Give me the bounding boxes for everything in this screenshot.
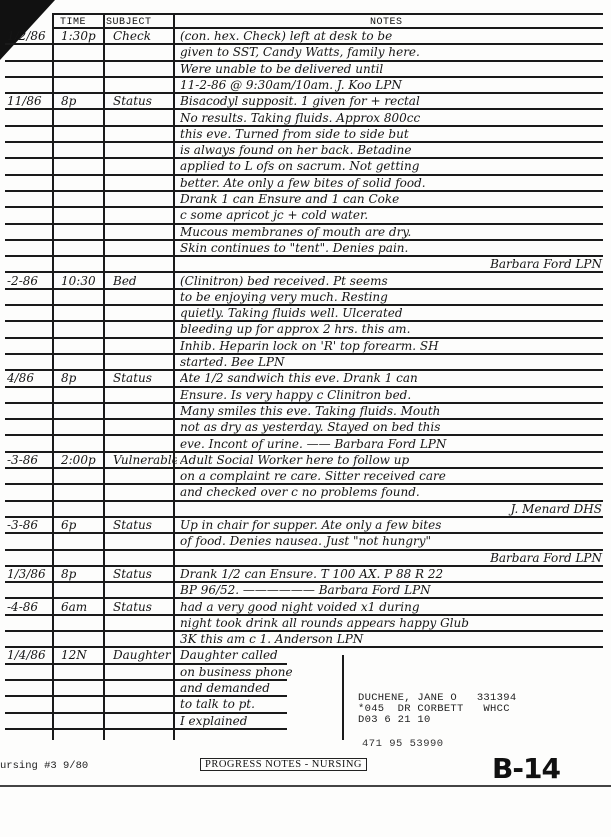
note-cell: applied to L ofs on sacrum. Not getting	[180, 159, 602, 173]
table-row: to be enjoying very much. Resting	[5, 290, 603, 306]
note-cell: not as dry as yesterday. Stayed on bed t…	[180, 420, 602, 434]
table-row: eve. Incont of urine. —— Barbara Ford LP…	[5, 437, 603, 453]
table-row: given to SST, Candy Watts, family here.	[5, 45, 603, 61]
column-header-time: TIME	[60, 17, 86, 28]
note-cell: J. Menard DHS	[180, 502, 608, 516]
note-cell: Were unable to be delivered until	[180, 62, 602, 76]
note-cell: Barbara Ford LPN	[180, 551, 608, 565]
table-row: 4/868pStatusAte 1/2 sandwich this eve. D…	[5, 371, 603, 387]
note-cell: is always found on her back. Betadine	[180, 143, 602, 157]
note-cell: (Clinitron) bed received. Pt seems	[180, 274, 602, 288]
table-row: J. Menard DHS	[5, 502, 603, 518]
note-cell: quietly. Taking fluids well. Ulcerated	[180, 306, 602, 320]
note-cell: and checked over c no problems found.	[180, 485, 602, 499]
note-cell: on a complaint re care. Sitter received …	[180, 469, 602, 483]
note-cell: of food. Denies nausea. Just "not hungry…	[180, 534, 602, 548]
table-row: this eve. Turned from side to side but	[5, 127, 603, 143]
note-cell: night took drink all rounds appears happ…	[180, 616, 602, 630]
date-cell: 1/2/86	[7, 29, 55, 43]
table-row: Drank 1 can Ensure and 1 can Coke	[5, 192, 603, 208]
table-row: to talk to pt.	[5, 697, 287, 713]
time-cell: 8p	[61, 94, 109, 108]
note-cell: bleeding up for approx 2 hrs. this am.	[180, 322, 602, 336]
date-cell: -2-86	[7, 274, 55, 288]
note-cell: started. Bee LPN	[180, 355, 602, 369]
time-cell: 1:30p	[61, 29, 109, 43]
table-row: 11-2-86 @ 9:30am/10am. J. Koo LPN	[5, 78, 603, 94]
table-row: c some apricot jc + cold water.	[5, 208, 603, 224]
table-row: applied to L ofs on sacrum. Not getting	[5, 159, 603, 175]
table-row: of food. Denies nausea. Just "not hungry…	[5, 534, 603, 550]
note-cell: Drank 1/2 can Ensure. T 100 AX. P 88 R 2…	[180, 567, 602, 581]
note-cell: BP 96/52. —————— Barbara Ford LPN	[180, 583, 602, 597]
note-cell: Drank 1 can Ensure and 1 can Coke	[180, 192, 602, 206]
table-row: started. Bee LPN	[5, 355, 603, 371]
column-header-notes: NOTES	[370, 17, 403, 28]
table-row: is always found on her back. Betadine	[5, 143, 603, 159]
page-bottom-rule	[0, 785, 611, 787]
note-cell: Skin continues to "tent". Denies pain.	[180, 241, 602, 255]
note-cell: Barbara Ford LPN	[180, 257, 608, 271]
note-cell: 3K this am c 1. Anderson LPN	[180, 632, 602, 646]
date-cell: 1/4/86	[7, 648, 55, 662]
page-number: B-14	[492, 752, 560, 785]
date-cell: 4/86	[7, 371, 55, 385]
table-row: Barbara Ford LPN	[5, 257, 603, 273]
date-cell: -4-86	[7, 600, 55, 614]
subject-cell: Status	[113, 518, 177, 532]
note-cell: given to SST, Candy Watts, family here.	[180, 45, 602, 59]
note-cell: Inhib. Heparin lock on 'R' top forearm. …	[180, 339, 602, 353]
note-cell: No results. Taking fluids. Approx 800cc	[180, 111, 602, 125]
subject-cell: Status	[113, 567, 177, 581]
note-cell: Ensure. Is very happy c Clinitron bed.	[180, 388, 602, 402]
table-row: 1/3/868pStatusDrank 1/2 can Ensure. T 10…	[5, 567, 603, 583]
table-row: -3-862:00pVulnerableAdult Social Worker …	[5, 453, 603, 469]
note-cell: Mucous membranes of mouth are dry.	[180, 225, 602, 239]
time-cell: 2:00p	[61, 453, 109, 467]
table-row: Skin continues to "tent". Denies pain.	[5, 241, 603, 257]
table-row: 1/2/861:30pCheck(con. hex. Check) left a…	[5, 29, 603, 45]
note-cell: 11-2-86 @ 9:30am/10am. J. Koo LPN	[180, 78, 602, 92]
column-header-subject: SUBJECT	[106, 17, 152, 28]
form-id: ursing #3 9/80	[0, 760, 88, 772]
date-cell: 1/3/86	[7, 567, 55, 581]
note-cell: had a very good night voided x1 during	[180, 600, 602, 614]
progress-notes-page: TIME SUBJECT NOTES 1/2/861:30pCheck(con.…	[0, 0, 611, 837]
subject-cell: Daughter	[113, 648, 177, 662]
note-cell: Ate 1/2 sandwich this eve. Drank 1 can	[180, 371, 602, 385]
time-cell: 8p	[61, 371, 109, 385]
note-cell: Bisacodyl supposit. 1 given for + rectal	[180, 94, 602, 108]
patient-id-stamp: DUCHENE, JANE O 331394*045 DR CORBETT WH…	[358, 693, 516, 726]
table-row: Ensure. Is very happy c Clinitron bed.	[5, 388, 603, 404]
table-row: 3K this am c 1. Anderson LPN	[5, 632, 603, 648]
table-row: bleeding up for approx 2 hrs. this am.	[5, 322, 603, 338]
table-row: Barbara Ford LPN	[5, 551, 603, 567]
table-row: -4-866amStatushad a very good night void…	[5, 600, 603, 616]
time-cell: 6am	[61, 600, 109, 614]
table-row: night took drink all rounds appears happ…	[5, 616, 603, 632]
header-top-rule	[52, 13, 603, 15]
note-cell: this eve. Turned from side to side but	[180, 127, 602, 141]
subject-cell: Status	[113, 94, 177, 108]
note-cell: Many smiles this eve. Taking fluids. Mou…	[180, 404, 602, 418]
table-row: better. Ate only a few bites of solid fo…	[5, 176, 603, 192]
table-row: not as dry as yesterday. Stayed on bed t…	[5, 420, 603, 436]
table-row: Many smiles this eve. Taking fluids. Mou…	[5, 404, 603, 420]
time-cell: 10:30	[61, 274, 109, 288]
note-cell: Daughter called	[180, 648, 602, 662]
table-row: I explained	[5, 714, 287, 730]
time-cell: 6p	[61, 518, 109, 532]
note-cell: Adult Social Worker here to follow up	[180, 453, 602, 467]
time-cell: 12N	[61, 648, 109, 662]
stamp-line-3: D03 6 21 10	[358, 715, 516, 726]
date-cell: 11/86	[7, 94, 55, 108]
table-row: Inhib. Heparin lock on 'R' top forearm. …	[5, 339, 603, 355]
note-cell: c some apricot jc + cold water.	[180, 208, 602, 222]
table-row: 1/4/8612NDaughterDaughter called	[5, 648, 287, 664]
table-row: on a complaint re care. Sitter received …	[5, 469, 603, 485]
table-row: and checked over c no problems found.	[5, 485, 603, 501]
subject-cell: Bed	[113, 274, 177, 288]
note-cell: (con. hex. Check) left at desk to be	[180, 29, 602, 43]
table-row: BP 96/52. —————— Barbara Ford LPN	[5, 583, 603, 599]
subject-cell: Status	[113, 371, 177, 385]
table-row: -3-866pStatusUp in chair for supper. Ate…	[5, 518, 603, 534]
table-row: on business phone	[5, 665, 287, 681]
table-row: quietly. Taking fluids well. Ulcerated	[5, 306, 603, 322]
table-row: -2-8610:30Bed(Clinitron) bed received. P…	[5, 274, 603, 290]
patient-account-number: 471 95 53990	[362, 738, 444, 750]
subject-cell: Status	[113, 600, 177, 614]
form-title: PROGRESS NOTES - NURSING	[200, 758, 367, 771]
note-cell: on business phone	[180, 665, 602, 679]
date-cell: -3-86	[7, 518, 55, 532]
note-cell: to be enjoying very much. Resting	[180, 290, 602, 304]
table-row: 11/868pStatusBisacodyl supposit. 1 given…	[5, 94, 603, 110]
table-row: and demanded	[5, 681, 287, 697]
table-row: Mucous membranes of mouth are dry.	[5, 225, 603, 241]
note-cell: better. Ate only a few bites of solid fo…	[180, 176, 602, 190]
note-cell: eve. Incont of urine. —— Barbara Ford LP…	[180, 437, 602, 451]
time-cell: 8p	[61, 567, 109, 581]
subject-cell: Vulnerable	[113, 453, 177, 467]
table-row: No results. Taking fluids. Approx 800cc	[5, 111, 603, 127]
subject-cell: Check	[113, 29, 177, 43]
note-cell: Up in chair for supper. Ate only a few b…	[180, 518, 602, 532]
date-cell: -3-86	[7, 453, 55, 467]
table-row: Were unable to be delivered until	[5, 62, 603, 78]
